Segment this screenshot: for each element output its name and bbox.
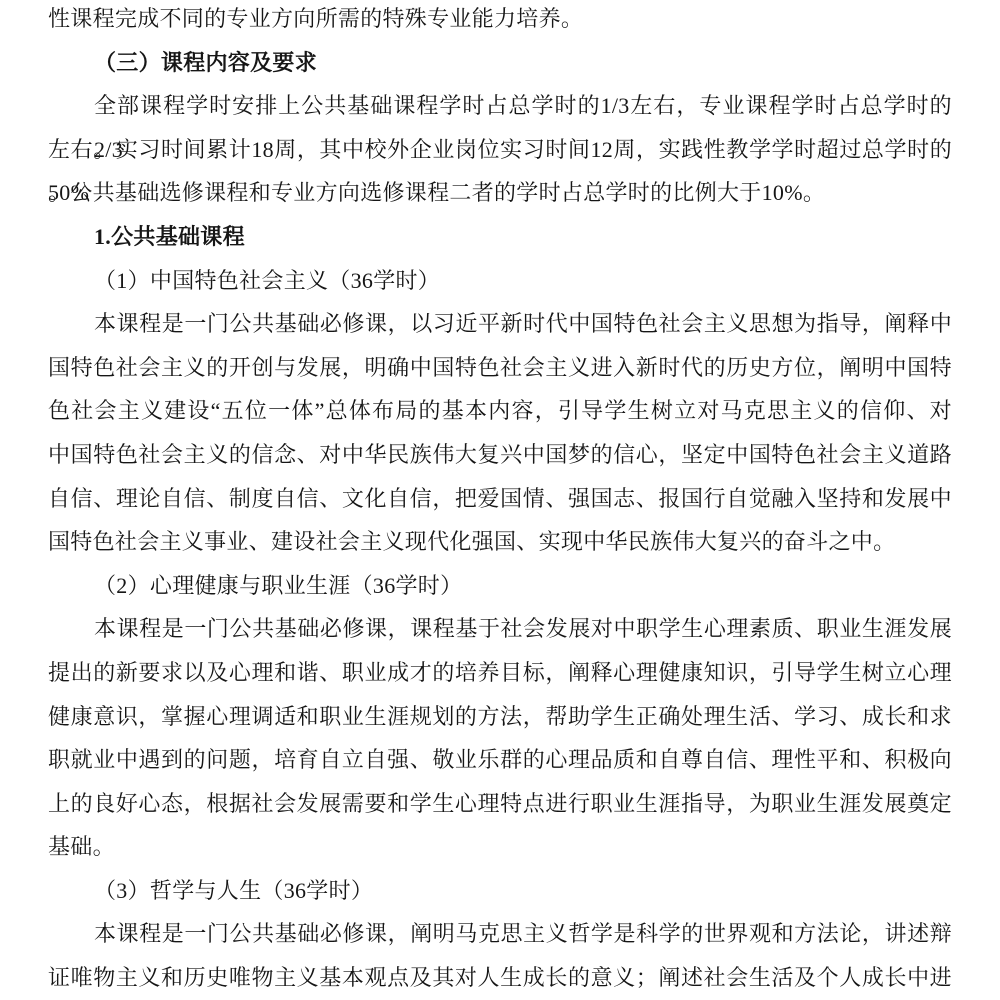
text-line: 上的良好心态，根据社会发展需要和学生心理特点进行职业生涯指导，为职业生涯发展奠定 [48,782,952,826]
text-line: 色社会主义建设“五位一体”总体布局的基本内容，引导学生树立对马克思主义的信仰、对 [48,389,952,433]
text-line: 职就业中遇到的问题，培育自立自强、敬业乐群的心理品质和自尊自信、理性平和、积极向 [48,738,952,782]
text-line: 。公共基础选修课程和专业方向选修课程二者的学时占总学时的比例大于10%。 [48,171,952,215]
heading-line: （三）课程内容及要求 [48,41,952,85]
text-line: 健康意识，掌握心理调适和职业生涯规划的方法，帮助学生正确处理生活、学习、成长和求 [48,695,952,739]
text-line: 中国特色社会主义的信念、对中华民族伟大复兴中国梦的信心，坚定中国特色社会主义道路 [48,433,952,477]
text-line: 左右。实习时间累计18周，其中校外企业岗位实习时间12周，实践性教学学时超过总学… [48,128,952,172]
text-line: 本课程是一门公共基础必修课，以习近平新时代中国特色社会主义思想为指导，阐释中 [48,302,952,346]
text-line: 性课程完成不同的专业方向所需的特殊专业能力培养。 [48,0,952,41]
text-line: 本课程是一门公共基础必修课，课程基于社会发展对中职学生心理素质、职业生涯发展 [48,607,952,651]
text-line: 本课程是一门公共基础必修课，阐明马克思主义哲学是科学的世界观和方法论，讲述辩 [48,912,952,956]
text-line: 全部课程学时安排上公共基础课程学时占总学时的1/3左右，专业课程学时占总学时的2… [48,84,952,128]
text-line: 证唯物主义和历史唯物主义基本观点及其对人生成长的意义；阐述社会生活及个人成长中进 [48,956,952,1000]
document-page: 性课程完成不同的专业方向所需的特殊专业能力培养。（三）课程内容及要求全部课程学时… [48,0,952,1000]
text-line: 国特色社会主义的开创与发展，明确中国特色社会主义进入新时代的历史方位，阐明中国特 [48,346,952,390]
text-line: （3）哲学与人生（36学时） [48,869,952,913]
text-line: 基础。 [48,825,952,869]
text-line: 自信、理论自信、制度自信、文化自信，把爱国情、强国志、报国行自觉融入坚持和发展中 [48,477,952,521]
text-line: （1）中国特色社会主义（36学时） [48,259,952,303]
text-line: 提出的新要求以及心理和谐、职业成才的培养目标，阐释心理健康知识，引导学生树立心理 [48,651,952,695]
heading-line: 1.公共基础课程 [48,215,952,259]
text-line: 国特色社会主义事业、建设社会主义现代化强国、实现中华民族伟大复兴的奋斗之中。 [48,520,952,564]
text-line: （2）心理健康与职业生涯（36学时） [48,564,952,608]
